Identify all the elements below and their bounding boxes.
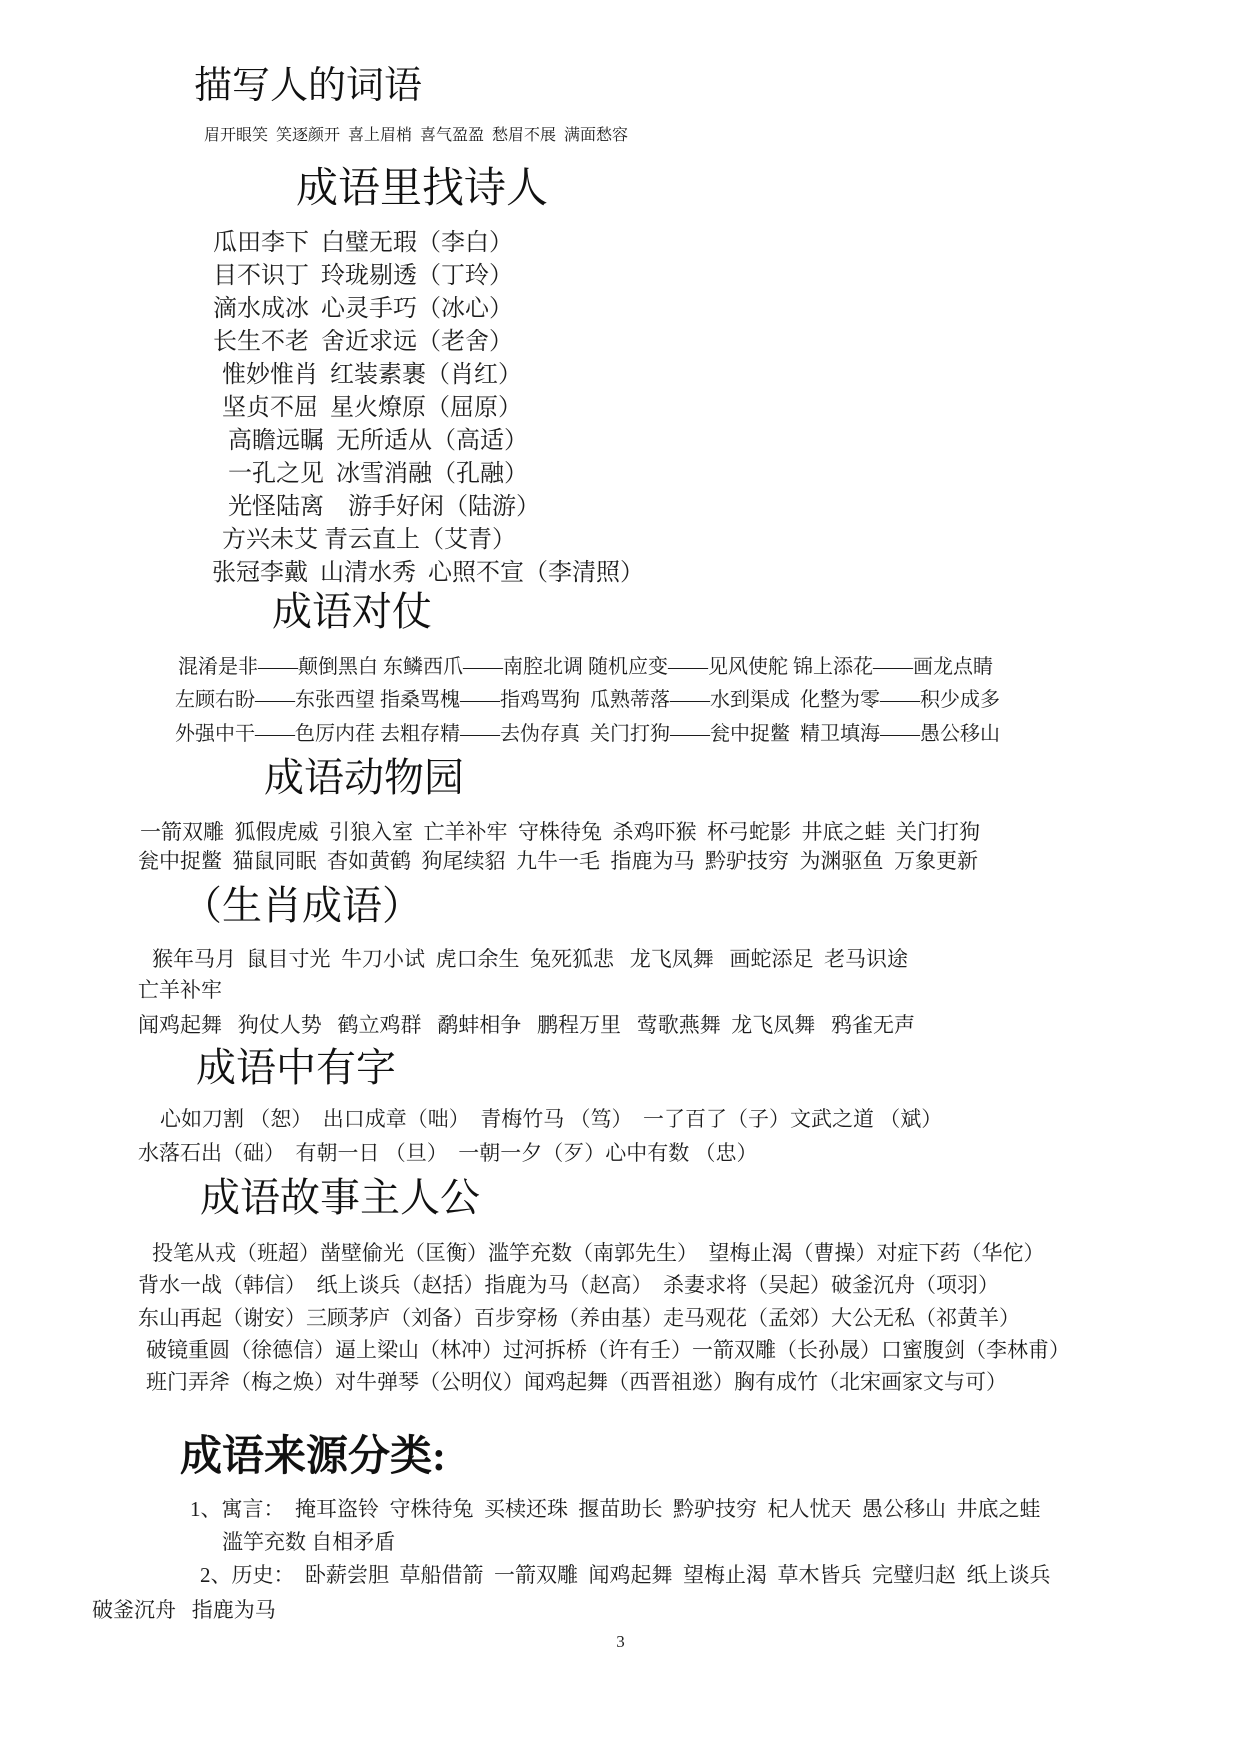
poets-line: 长生不老 舍近求远（老舍） bbox=[213, 327, 513, 358]
origins-line: 滥竽充数 自相矛盾 bbox=[222, 1529, 395, 1556]
poets-line: 方兴未艾 青云直上（艾青） bbox=[222, 525, 516, 556]
poets-line: 滴水成冰 心灵手巧（冰心） bbox=[213, 294, 513, 325]
page-number: 3 bbox=[0, 1632, 1241, 1652]
antithesis-line: 左顾右盼——东张西望 指桑骂槐——指鸡骂狗 瓜熟蒂落——水到渠成 化整为零——积… bbox=[175, 687, 1000, 713]
section-title-idiom-origins: 成语来源分类: bbox=[180, 1434, 446, 1480]
zodiac-line: 亡羊补牢 bbox=[138, 977, 222, 1004]
protagonist-line: 背水一战（韩信） 纸上谈兵（赵括）指鹿为马（赵高） 杀妻求将（吴起）破釜沉舟（项… bbox=[138, 1272, 999, 1299]
poets-line: 高瞻远瞩 无所适从（高适） bbox=[228, 426, 528, 457]
document-page: 描写人的词语 眉开眼笑 笑逐颜开 喜上眉梢 喜气盈盈 愁眉不展 满面愁容 成语里… bbox=[0, 0, 1241, 1754]
protagonist-line: 破镜重圆（徐德信）逼上梁山（林冲）过河拆桥（许有壬）一箭双雕（长孙晟）口蜜腹剑（… bbox=[146, 1337, 1070, 1364]
char-in-idiom-line: 心如刀割 （恕） 出口成章（咄） 青梅竹马 （笃） 一了百了（子）文武之道 （斌… bbox=[160, 1106, 942, 1133]
protagonist-line: 班门弄斧（梅之焕）对牛弹琴（公明仪）闻鸡起舞（西晋祖逖）胸有成竹（北宋画家文与可… bbox=[146, 1369, 1007, 1396]
describing-people-line: 眉开眼笑 笑逐颜开 喜上眉梢 喜气盈盈 愁眉不展 满面愁容 bbox=[204, 126, 628, 147]
zoo-line: 一箭双雕 狐假虎威 引狼入室 亡羊补牢 守株待兔 杀鸡吓猴 杯弓蛇影 井底之蛙 … bbox=[140, 819, 980, 846]
section-title-poets-in-idioms: 成语里找诗人 bbox=[296, 166, 548, 212]
poets-line: 瓜田李下 白璧无瑕（李白） bbox=[213, 228, 513, 259]
zodiac-line: 猴年马月 鼠目寸光 牛刀小试 虎口余生 兔死狐悲 龙飞凤舞 画蛇添足 老马识途 bbox=[152, 946, 908, 973]
section-title-char-in-idiom: 成语中有字 bbox=[196, 1046, 396, 1090]
origins-line: 2、历史： 卧薪尝胆 草船借箭 一箭双雕 闻鸡起舞 望梅止渴 草木皆兵 完璧归赵… bbox=[200, 1562, 1051, 1589]
section-title-protagonists: 成语故事主人公 bbox=[200, 1176, 480, 1220]
section-title-idiom-antithesis: 成语对仗 bbox=[272, 590, 432, 634]
poets-line: 目不识丁 玲珑剔透（丁玲） bbox=[213, 261, 513, 292]
section-title-describing-people: 描写人的词语 bbox=[194, 66, 422, 108]
poets-line: 光怪陆离 游手好闲（陆游） bbox=[228, 492, 540, 523]
protagonist-line: 东山再起（谢安）三顾茅庐（刘备）百步穿杨（养由基）走马观花（孟郊）大公无私（祁黄… bbox=[138, 1305, 1020, 1332]
section-title-zodiac-idioms: （生肖成语） bbox=[182, 884, 422, 928]
zodiac-line: 闻鸡起舞 狗仗人势 鹤立鸡群 鹬蚌相争 鹏程万里 莺歌燕舞 龙飞凤舞 鸦雀无声 bbox=[138, 1012, 915, 1039]
antithesis-line: 混淆是非——颠倒黑白 东鳞西爪——南腔北调 随机应变——见风使舵 锦上添花——画… bbox=[178, 654, 993, 680]
char-in-idiom-line: 水落石出（础） 有朝一日 （旦） 一朝一夕（歹）心中有数 （忠） bbox=[138, 1140, 758, 1167]
poets-line: 坚贞不屈 星火燎原（屈原） bbox=[222, 393, 522, 424]
poets-line: 张冠李戴 山清水秀 心照不宣（李清照） bbox=[212, 558, 644, 589]
origins-line: 破釜沉舟 指鹿为马 bbox=[92, 1597, 276, 1624]
section-title-idiom-zoo: 成语动物园 bbox=[264, 756, 464, 800]
origins-line: 1、寓言： 掩耳盗铃 守株待兔 买椟还珠 揠苗助长 黔驴技穷 杞人忧天 愚公移山… bbox=[190, 1496, 1041, 1523]
zoo-line: 瓮中捉鳖 猫鼠同眠 杳如黄鹤 狗尾续貂 九牛一毛 指鹿为马 黔驴技穷 为渊驱鱼 … bbox=[138, 848, 978, 875]
antithesis-line: 外强中干——色厉内荏 去粗存精——去伪存真 关门打狗——瓮中捉鳖 精卫填海——愚… bbox=[175, 721, 1000, 747]
protagonist-line: 投笔从戎（班超）凿壁偷光（匡衡）滥竽充数（南郭先生） 望梅止渴（曹操）对症下药（… bbox=[152, 1240, 1045, 1267]
poets-line: 惟妙惟肖 红装素裹（肖红） bbox=[222, 360, 522, 391]
poets-line: 一孔之见 冰雪消融（孔融） bbox=[228, 459, 528, 490]
